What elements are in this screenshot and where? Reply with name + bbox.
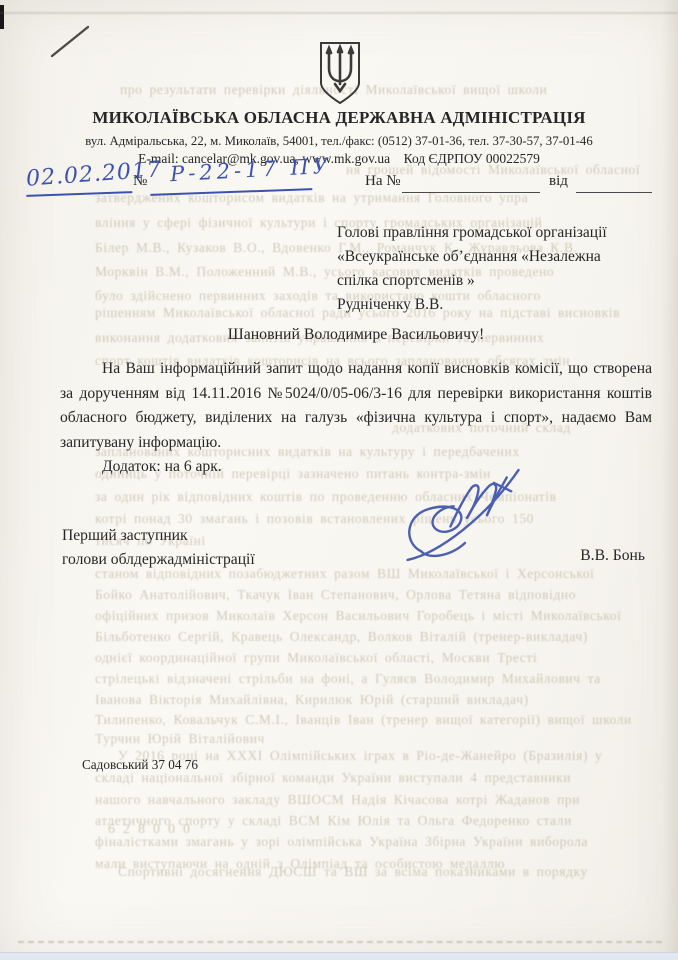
bleed-through-line: 628000 — [108, 822, 238, 837]
executor-reference: Садовський 37 04 76 — [82, 757, 198, 773]
bleed-through-line: Турчин Юрій Віталійович — [95, 731, 325, 746]
signer-title-line: голови облдержадміністрації — [62, 548, 255, 572]
trident-coat-of-arms-icon — [317, 40, 363, 106]
pen-slash-mark — [50, 24, 90, 58]
address-line: вул. Адміральська, 22, м. Миколаїв, 5400… — [0, 134, 678, 149]
scanned-letter-page: про результати перевірки діяльності Мико… — [0, 0, 678, 960]
scan-bottom-strip — [0, 952, 678, 960]
letter-body: На Ваш інформаційний запит щодо надання … — [60, 357, 652, 480]
from-date-blank-line — [576, 172, 652, 193]
handwritten-signature — [396, 460, 530, 569]
bleed-through-line: Тилипенко, Ковальчук С.М.І., Іванців Іва… — [95, 712, 653, 727]
paper-crease-line — [0, 12, 678, 14]
scan-bottom-artifact — [18, 941, 662, 943]
signer-name: В.В. Бонь — [580, 547, 645, 565]
reply-number-blank-line — [402, 172, 540, 193]
bleed-through-line: Більботенко Сергій, Кравець Олександр, В… — [95, 629, 653, 644]
bleed-through-line: Іванова Вікторія Михайлівна, Кирилюк Юрі… — [95, 692, 653, 707]
addressee-line: спілка спортсменів » — [337, 269, 652, 293]
from-date-label: від — [549, 173, 568, 190]
body-paragraph: На Ваш інформаційний запит щодо надання … — [60, 357, 652, 455]
bleed-through-line: Бойко Анатолійович, Ткачук Іван Степанов… — [95, 587, 653, 602]
bleed-through-line: за один рік відповідних коштів по провед… — [95, 489, 653, 504]
reply-to-number-label: На № — [365, 173, 401, 190]
bleed-through-line: однієї координаційної групи Миколаївсько… — [95, 650, 653, 665]
addressee-line: «Всеукраїнське об’єднання «Незалежна — [337, 245, 652, 269]
scan-edge-mark — [0, 5, 4, 29]
bleed-through-line: У 2016 році на XXXI Олімпійських іграх в… — [118, 748, 653, 763]
bleed-through-line: нашого навчального закладу ВШОСМ Надія К… — [95, 792, 653, 807]
salutation: Шановний Володимире Васильовичу! — [60, 326, 652, 344]
bleed-through-line: Спортивні досягнення ДЮСШ та ВШ за всіма… — [118, 864, 648, 879]
addressee-line: Голові правління громадської організації — [337, 221, 652, 245]
signer-title-line: Перший заступник — [62, 524, 255, 548]
attachment-note: Додаток: на 6 арк. — [60, 455, 652, 480]
addressee-line: Рудніченку В.В. — [337, 293, 652, 317]
bleed-through-line: офіційних призов Миколаїв Херсон Васильо… — [95, 608, 653, 623]
addressee-block: Голові правління громадської організації… — [337, 221, 652, 317]
bleed-through-line: стрілецькі відзначені стрільби на фоні, … — [95, 671, 653, 686]
organization-name: МИКОЛАЇВСЬКА ОБЛАСНА ДЕРЖАВНА АДМІНІСТРА… — [0, 108, 678, 128]
signer-title: Перший заступник голови облдержадміністр… — [62, 524, 255, 571]
